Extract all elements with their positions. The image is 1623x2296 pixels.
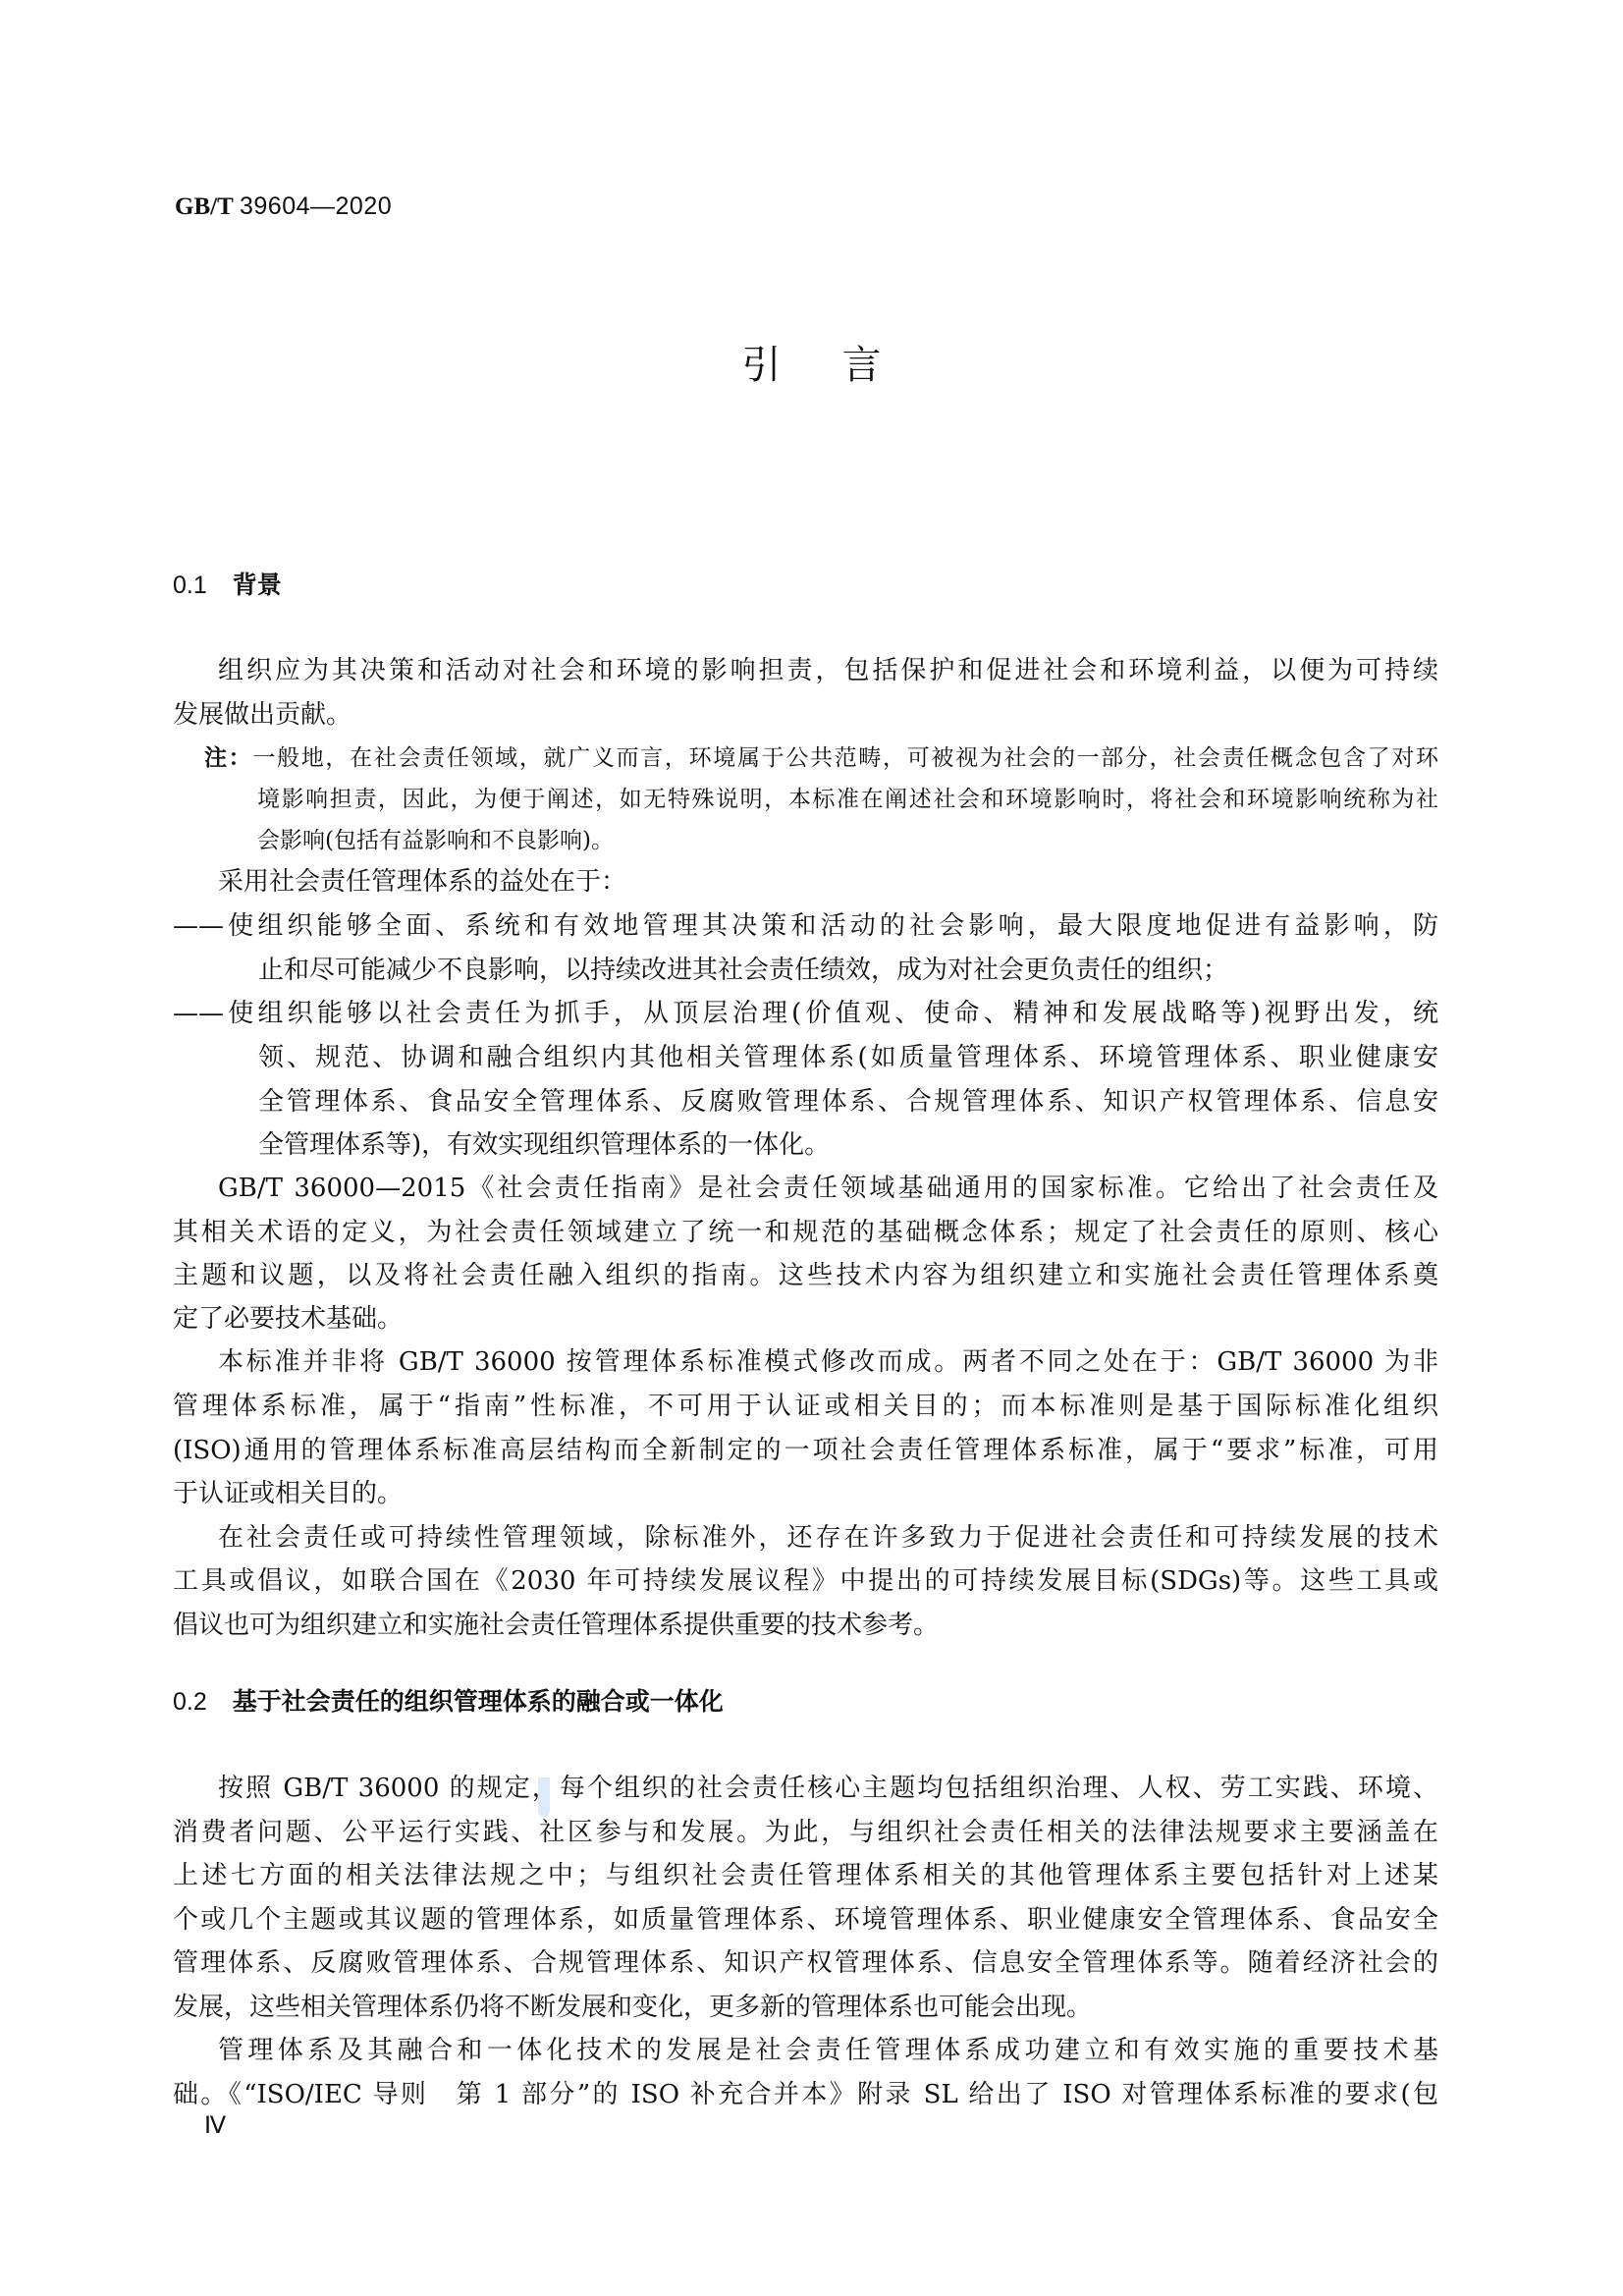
paragraph-line: 倡议也可为组织建立和实施社会责任管理体系提供重要的技术参考。 bbox=[173, 1604, 1438, 1647]
note-line: 注：一般地，在社会责任领域，就广义而言，环境属于公共范畴，可被视为社会的一部分，… bbox=[204, 737, 1438, 780]
standard-number: 39604—2020 bbox=[240, 192, 392, 220]
standard-prefix: GB/T bbox=[175, 193, 234, 220]
note-line: 境影响担责，因此，为便于阐述，如无特殊说明，本标准在阐述社会和环境影响时，将社会… bbox=[257, 778, 1438, 821]
section-heading-0-2: 0.2基于社会责任的组织管理体系的融合或一体化 bbox=[173, 1682, 724, 1718]
paragraph-line: 其相关术语的定义，为社会责任领域建立了统一和规范的基础概念体系；规定了社会责任的… bbox=[173, 1211, 1438, 1254]
section-number: 0.1 bbox=[173, 572, 207, 599]
section-number: 0.2 bbox=[173, 1688, 207, 1716]
paragraph-line: 个或几个主题或其议题的管理体系，如质量管理体系、环境管理体系、职业健康安全管理体… bbox=[173, 1898, 1438, 1941]
list-item-line: 全管理体系等)，有效实现组织管理体系的一体化。 bbox=[258, 1123, 1438, 1167]
page-number: Ⅳ bbox=[204, 2111, 226, 2140]
note-line: 会影响(包括有益影响和不良影响)。 bbox=[257, 819, 1438, 862]
section-title: 背景 bbox=[233, 571, 282, 599]
paragraph-line: 在社会责任或可持续性管理领域，除标准外，还存在许多致力于促进社会责任和可持续发展… bbox=[218, 1516, 1438, 1559]
list-item-line: 领、规范、协调和融合组织内其他相关管理体系(如质量管理体系、环境管理体系、职业健… bbox=[258, 1036, 1438, 1079]
list-item-line: 止和尽可能减少不良影响，以持续改进其社会责任绩效，成为对社会更负责任的组织； bbox=[258, 949, 1438, 992]
standard-header: GB/T 39604—2020 bbox=[175, 192, 392, 221]
page-title: 引言 bbox=[0, 334, 1623, 390]
paragraph-line: GB/T 36000—2015《社会责任指南》是社会责任领域基础通用的国家标准。… bbox=[218, 1167, 1438, 1210]
list-item-line: ——使组织能够全面、系统和有效地管理其决策和活动的社会影响，最大限度地促进有益影… bbox=[173, 904, 1438, 948]
section-title: 基于社会责任的组织管理体系的融合或一体化 bbox=[233, 1687, 724, 1716]
paragraph-line: 发展，这些相关管理体系仍将不断发展和变化，更多新的管理体系也可能会出现。 bbox=[173, 1986, 1438, 2029]
paragraph-line: 管理体系、反腐败管理体系、合规管理体系、知识产权管理体系、信息安全管理体系等。随… bbox=[173, 1941, 1438, 1985]
paragraph-line: 管理体系及其融合和一体化技术的发展是社会责任管理体系成功建立和有效实施的重要技术… bbox=[218, 2029, 1438, 2072]
paragraph-line: 工具或倡议，如联合国在《2030 年可持续发展议程》中提出的可持续发展目标(SD… bbox=[173, 1559, 1438, 1603]
paragraph-line: 采用社会责任管理体系的益处在于： bbox=[218, 860, 1438, 903]
list-item-line: 全管理体系、食品安全管理体系、反腐败管理体系、合规管理体系、知识产权管理体系、信… bbox=[258, 1080, 1438, 1123]
paragraph-line: (ISO)通用的管理体系标准高层结构而全新制定的一项社会责任管理体系标准，属于“… bbox=[173, 1429, 1438, 1472]
paragraph-line: 础。《“ISO/IEC 导则 第 1 部分”的 ISO 补充合并本》附录 SL … bbox=[173, 2073, 1438, 2116]
paragraph-line: 消费者问题、公平运行实践、社区参与和发展。为此，与组织社会责任相关的法律法规要求… bbox=[173, 1811, 1438, 1854]
paragraph-line: 于认证或相关目的。 bbox=[173, 1472, 1438, 1515]
list-item-line: ——使组织能够以社会责任为抓手，从顶层治理(价值观、使命、精神和发展战略等)视野… bbox=[173, 992, 1438, 1035]
paragraph-line: 主题和议题，以及将社会责任融入组织的指南。这些技术内容为组织建立和实施社会责任管… bbox=[173, 1254, 1438, 1297]
paragraph-line: 本标准并非将 GB/T 36000 按管理体系标准模式修改而成。两者不同之处在于… bbox=[218, 1340, 1438, 1384]
paragraph-line: 发展做出贡献。 bbox=[173, 693, 1438, 737]
note-label: 注： bbox=[204, 745, 252, 771]
paragraph-line: 定了必要技术基础。 bbox=[173, 1297, 1438, 1340]
paragraph-line: 上述七方面的相关法律法规之中；与组织社会责任管理体系相关的其他管理体系主要包括针… bbox=[173, 1854, 1438, 1897]
section-heading-0-1: 0.1背景 bbox=[173, 566, 282, 601]
paragraph-line: 管理体系标准，属于“指南”性标准，不可用于认证或相关目的；而本标准则是基于国际标… bbox=[173, 1385, 1438, 1428]
paragraph-line: 按照 GB/T 36000 的规定，每个组织的社会责任核心主题均包括组织治理、人… bbox=[218, 1767, 1438, 1810]
paragraph-line: 组织应为其决策和活动对社会和环境的影响担责，包括保护和促进社会和环境利益，以便为… bbox=[218, 649, 1438, 692]
